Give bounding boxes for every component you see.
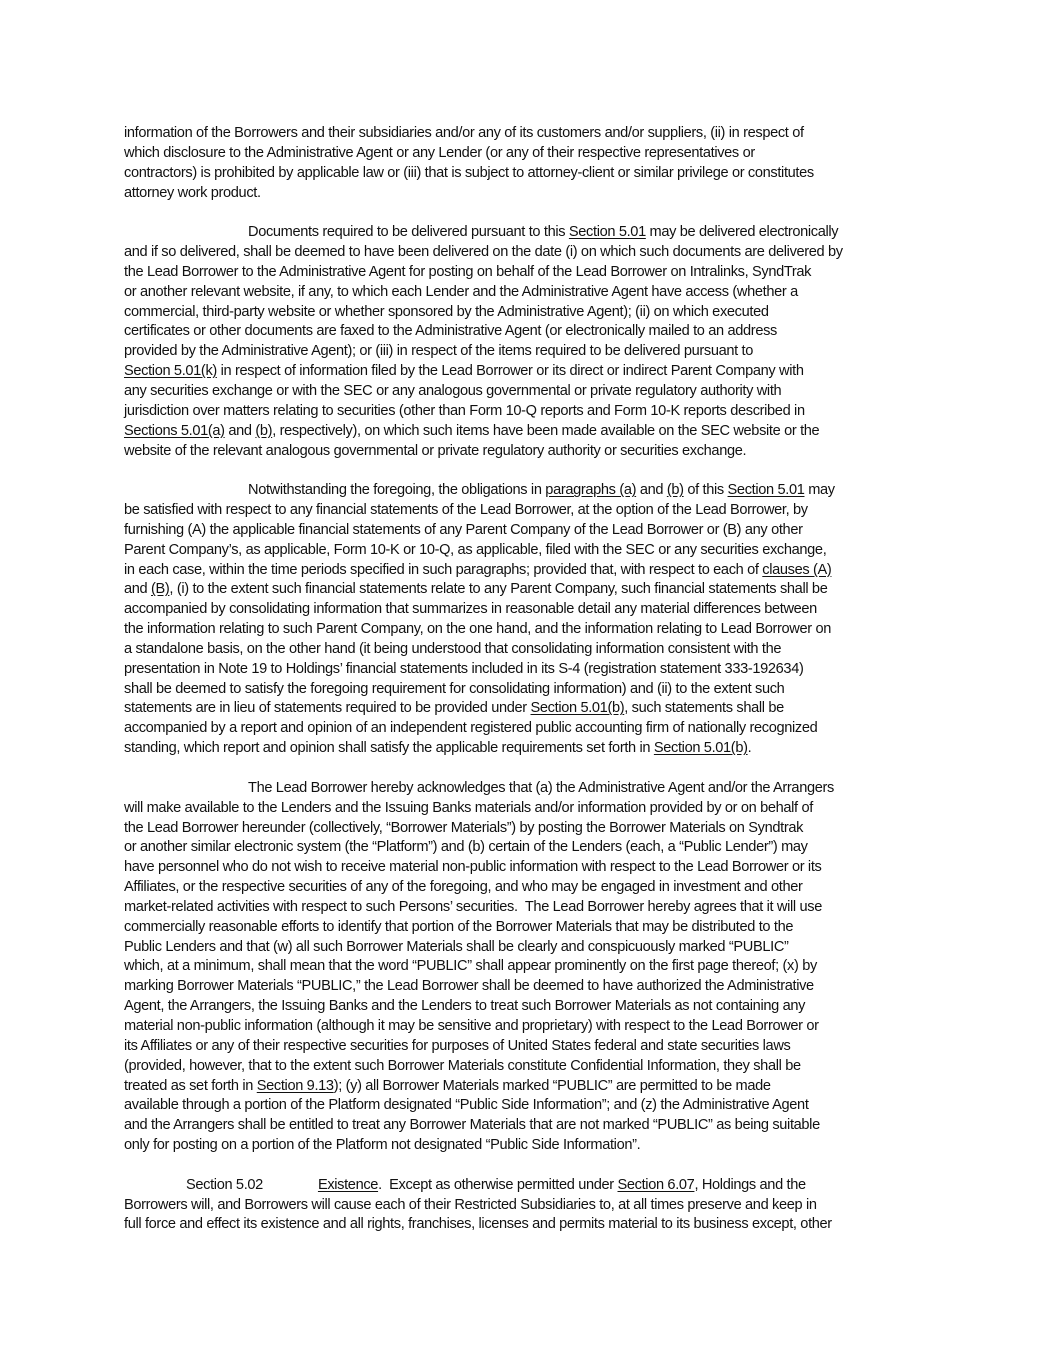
text-line: jurisdiction over matters relating to se…	[124, 402, 936, 422]
text-line: Section 5.01(k) in respect of informatio…	[124, 362, 936, 382]
text: , (i) to the extent such financial state…	[169, 581, 827, 597]
text-line: available through a portion of the Platf…	[124, 1096, 936, 1116]
text-line: Sections 5.01(a) and (b), respectively),…	[124, 422, 936, 442]
text-line: furnishing (A) the applicable financial …	[124, 521, 936, 541]
section-reference-link[interactable]: Section 9.13	[257, 1078, 334, 1094]
text: .	[748, 740, 752, 756]
paragraph-electronic-delivery: Documents required to be delivered pursu…	[124, 223, 936, 461]
text-line: presentation in Note 19 to Holdings’ fin…	[124, 660, 936, 680]
text-line: and the Arrangers shall be entitled to t…	[124, 1116, 936, 1136]
section-reference-link[interactable]: clauses (A)	[762, 562, 831, 578]
text: statements are in lieu of statements req…	[124, 700, 531, 716]
text-line: provided by the Administrative Agent); o…	[124, 342, 936, 362]
text-line: treated as set forth in Section 9.13); (…	[124, 1077, 936, 1097]
text-line: only for posting on a portion of the Pla…	[124, 1136, 936, 1156]
paragraph-borrower-materials: The Lead Borrower hereby acknowledges th…	[124, 779, 936, 1156]
text-line: its Affiliates or any of their respectiv…	[124, 1037, 936, 1057]
text-line: commercially reasonable efforts to ident…	[124, 918, 936, 938]
text-line: Parent Company’s, as applicable, Form 10…	[124, 541, 936, 561]
text: of this	[684, 482, 728, 498]
text: treated as set forth in	[124, 1078, 257, 1094]
section-reference-link[interactable]: (b)	[255, 423, 272, 439]
text-line: the Lead Borrower to the Administrative …	[124, 263, 936, 283]
section-title: Existence	[318, 1177, 378, 1193]
text: , such statements shall be	[624, 700, 784, 716]
text-line: contractors) is prohibited by applicable…	[124, 164, 936, 184]
text: may	[804, 482, 834, 498]
section-reference-link[interactable]: (B)	[151, 581, 169, 597]
text-line: have personnel who do not wish to receiv…	[124, 858, 936, 878]
text: ); (y) all Borrower Materials marked “PU…	[334, 1078, 771, 1094]
document-page: information of the Borrowers and their s…	[124, 124, 936, 1255]
text: Notwithstanding the foregoing, the oblig…	[248, 482, 545, 498]
text-line: which, at a minimum, shall mean that the…	[124, 957, 936, 977]
section-reference-link[interactable]: Section 5.01	[728, 482, 805, 498]
section-reference-link[interactable]: paragraphs (a)	[545, 482, 636, 498]
section-reference-link[interactable]: Section 5.01	[569, 224, 646, 240]
section-reference-link[interactable]: Section 5.01(b)	[654, 740, 748, 756]
text-line: (provided, however, that to the extent s…	[124, 1057, 936, 1077]
text-line: Public Lenders and that (w) all such Bor…	[124, 938, 936, 958]
text-line: material non-public information (althoug…	[124, 1017, 936, 1037]
text-line: Agent, the Arrangers, the Issuing Banks …	[124, 997, 936, 1017]
text-line: be satisfied with respect to any financi…	[124, 501, 936, 521]
section-number: Section 5.02	[186, 1177, 263, 1193]
text-line: statements are in lieu of statements req…	[124, 699, 936, 719]
text-line: Borrowers will, and Borrowers will cause…	[124, 1196, 936, 1216]
paragraph-notwithstanding: Notwithstanding the foregoing, the oblig…	[124, 481, 936, 759]
text-line: in each case, within the time periods sp…	[124, 561, 936, 581]
text-line: shall be deemed to satisfy the foregoing…	[124, 680, 936, 700]
text: , respectively), on which such items hav…	[272, 423, 819, 439]
text-line: website of the relevant analogous govern…	[124, 442, 936, 462]
section-5-02-existence: Section 5.02Existence. Except as otherwi…	[124, 1176, 936, 1236]
section-reference-link[interactable]: Section 6.07	[618, 1177, 695, 1193]
text-line: and if so delivered, shall be deemed to …	[124, 243, 936, 263]
text: in each case, within the time periods sp…	[124, 562, 762, 578]
text-line: market-related activities with respect t…	[124, 898, 936, 918]
text-line: commercial, third-party website or wheth…	[124, 303, 936, 323]
text-line: or another similar electronic system (th…	[124, 838, 936, 858]
text-line: Notwithstanding the foregoing, the oblig…	[124, 481, 936, 501]
text: in respect of information filed by the L…	[217, 363, 804, 379]
section-reference-link[interactable]: Section 5.01(k)	[124, 363, 217, 379]
section-heading-line: Section 5.02Existence. Except as otherwi…	[124, 1176, 936, 1196]
text-line: any securities exchange or with the SEC …	[124, 382, 936, 402]
text: and	[636, 482, 667, 498]
text: Documents required to be delivered pursu…	[248, 224, 569, 240]
text-line: a standalone basis, on the other hand (i…	[124, 640, 936, 660]
text: may be delivered electronically	[646, 224, 838, 240]
text-line: standing, which report and opinion shall…	[124, 739, 936, 759]
section-reference-link[interactable]: (b)	[667, 482, 684, 498]
text-line: The Lead Borrower hereby acknowledges th…	[124, 779, 936, 799]
text-line: attorney work product.	[124, 184, 936, 204]
text-line: will make available to the Lenders and t…	[124, 799, 936, 819]
text-line: accompanied by consolidating information…	[124, 600, 936, 620]
text-line: Documents required to be delivered pursu…	[124, 223, 936, 243]
text: . Except as otherwise permitted under	[378, 1177, 617, 1193]
paragraph-continuation: information of the Borrowers and their s…	[124, 124, 936, 203]
text-line: full force and effect its existence and …	[124, 1215, 936, 1235]
text-line: and (B), (i) to the extent such financia…	[124, 580, 936, 600]
text-line: marking Borrower Materials “PUBLIC,” the…	[124, 977, 936, 997]
text-line: the information relating to such Parent …	[124, 620, 936, 640]
text-line: which disclosure to the Administrative A…	[124, 144, 936, 164]
text: and	[124, 581, 151, 597]
section-reference-link[interactable]: Sections 5.01(a)	[124, 423, 225, 439]
section-reference-link[interactable]: Section 5.01(b)	[531, 700, 625, 716]
text-line: or another relevant website, if any, to …	[124, 283, 936, 303]
text-line: the Lead Borrower hereunder (collectivel…	[124, 819, 936, 839]
text-line: Affiliates, or the respective securities…	[124, 878, 936, 898]
text-line: certificates or other documents are faxe…	[124, 322, 936, 342]
text: , Holdings and the	[694, 1177, 805, 1193]
text-line: accompanied by a report and opinion of a…	[124, 719, 936, 739]
text: standing, which report and opinion shall…	[124, 740, 654, 756]
text-line: information of the Borrowers and their s…	[124, 124, 936, 144]
text: and	[225, 423, 256, 439]
